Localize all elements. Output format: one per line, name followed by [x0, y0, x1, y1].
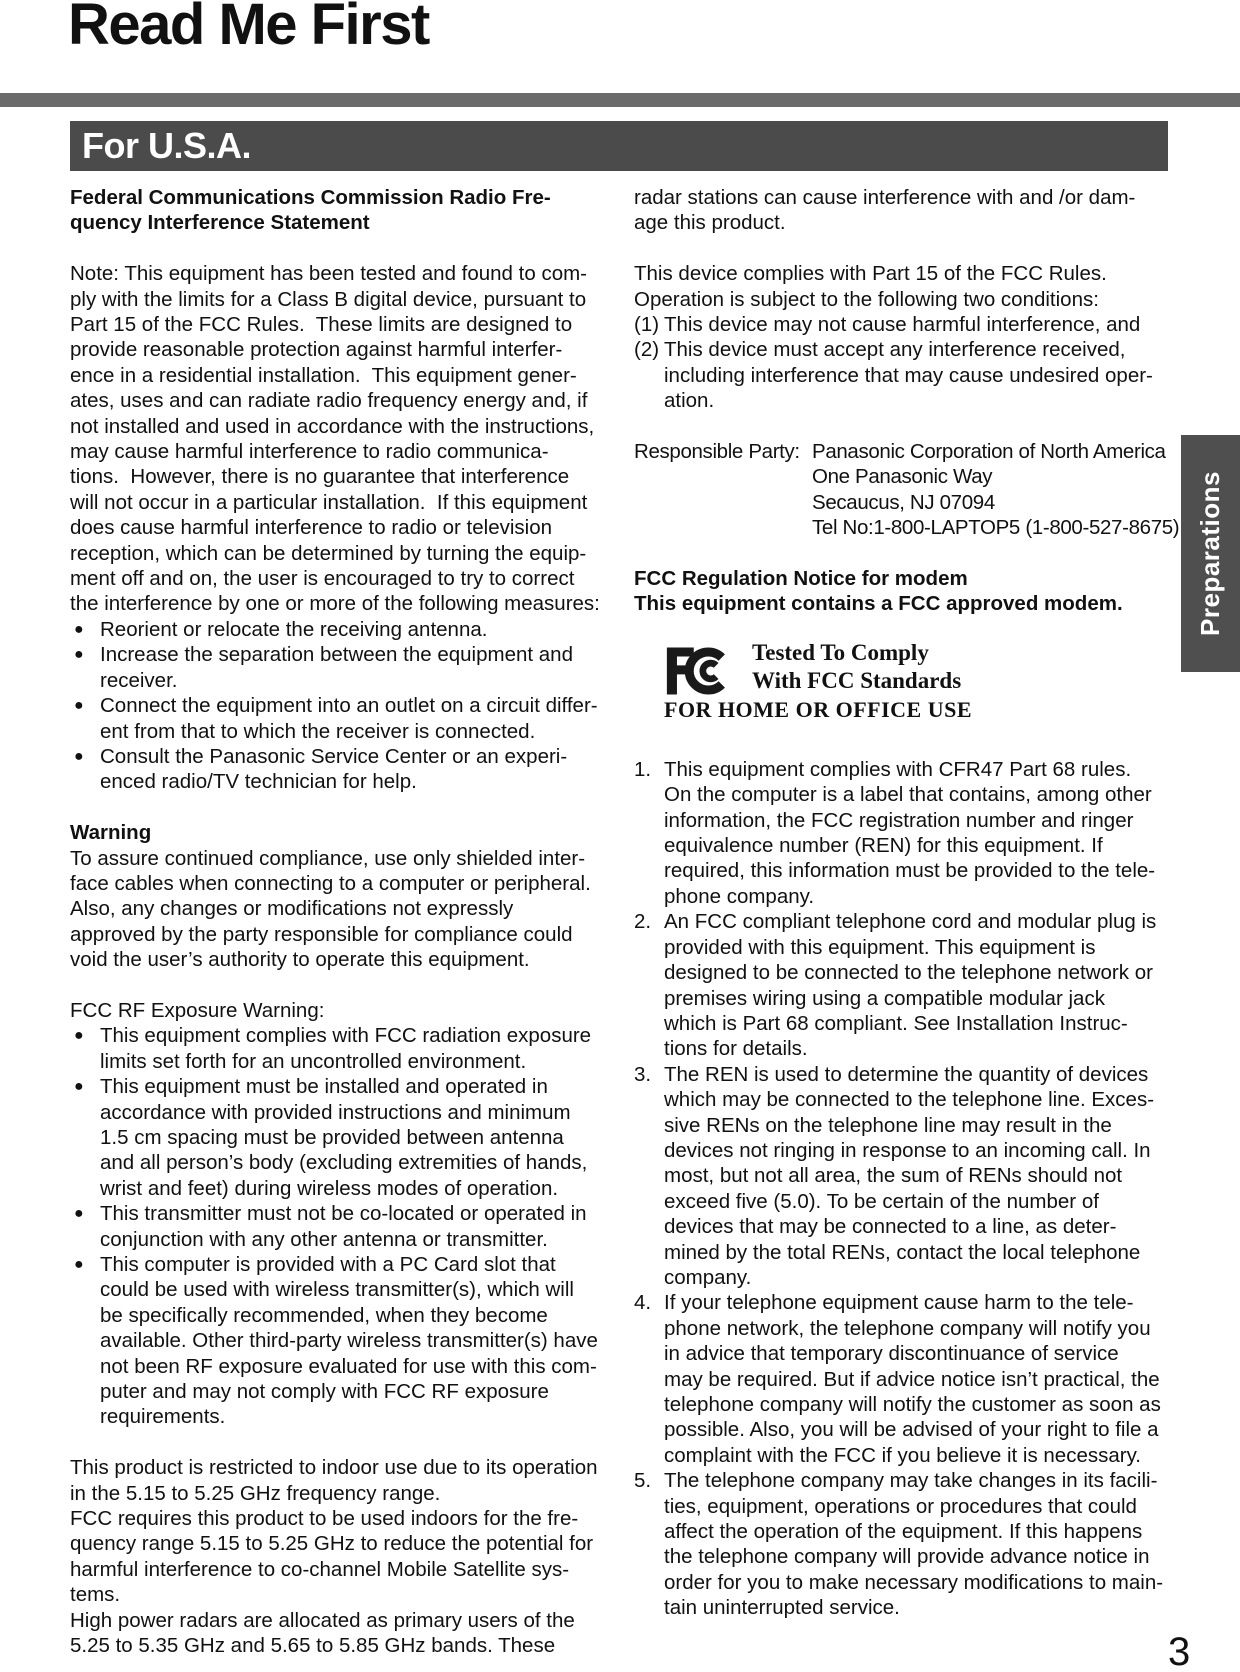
manual-page: Read Me First For U.S.A. Preparations 3 … [0, 0, 1240, 1672]
numbered-item: 1. This equipment complies with CFR47 Pa… [634, 757, 1174, 909]
bullet-icon: ● [70, 617, 100, 642]
for-usa-label: For U.S.A. [82, 125, 251, 167]
list-item: ● This equipment must be installed and o… [70, 1074, 610, 1201]
list-item-text: This device must accept any interference… [664, 337, 1153, 413]
page-title: Read Me First [68, 0, 429, 56]
conditions-list: (1) This device may not cause harmful in… [634, 312, 1174, 414]
rf-exposure-heading: FCC RF Exposure Warning: [70, 998, 610, 1023]
radar-paragraph: radar stations can cause interference wi… [634, 185, 1174, 236]
interference-measures-list: ● Reorient or relocate the receiving ant… [70, 617, 610, 795]
numbered-item: 5. The telephone company may take change… [634, 1468, 1174, 1620]
responsible-party-value: Panasonic Corporation of North America O… [812, 439, 1179, 541]
responsible-party-block: Responsible Party: Panasonic Corporation… [634, 439, 1174, 541]
indoor-use-paragraph: This product is restricted to indoor use… [70, 1455, 610, 1658]
warning-paragraph: To assure continued compliance, use only… [70, 846, 610, 973]
list-item: ● Increase the separation between the eq… [70, 642, 610, 693]
list-item: (1) This device may not cause harmful in… [634, 312, 1174, 337]
list-item: ● This computer is provided with a PC Ca… [70, 1252, 610, 1430]
list-item-text: Connect the equipment into an outlet on … [100, 693, 598, 744]
fcc-home-office-line: FOR HOME OR OFFICE USE [664, 697, 972, 722]
list-item-text: Consult the Panasonic Service Center or … [100, 744, 567, 795]
top-rule [0, 93, 1240, 107]
fcc-tested-lines: Tested To Comply With FCC Standards [752, 639, 961, 695]
bullet-icon: ● [70, 1252, 100, 1430]
list-item: ● This equipment complies with FCC radia… [70, 1023, 610, 1074]
list-item-text: The telephone company may take changes i… [664, 1468, 1163, 1620]
list-item-text: This equipment must be installed and ope… [100, 1074, 587, 1201]
list-item-text: The REN is used to determine the quantit… [664, 1062, 1154, 1291]
bullet-icon: ● [70, 1023, 100, 1074]
bullet-icon: ● [70, 744, 100, 795]
fcc-compliance-mark: Tested To Comply With FCC Standards FOR … [634, 643, 1174, 723]
right-column: radar stations can cause interference wi… [634, 185, 1174, 1621]
item-number: 3. [634, 1062, 664, 1291]
bullet-icon: ● [70, 642, 100, 693]
fcc-tested-line1: Tested To Comply [752, 640, 929, 665]
part68-numbered-list: 1. This equipment complies with CFR47 Pa… [634, 757, 1174, 1621]
rf-exposure-list: ● This equipment complies with FCC radia… [70, 1023, 610, 1430]
fcc-logo-icon [662, 643, 730, 699]
item-number: 5. [634, 1468, 664, 1620]
page-number: 3 [1168, 1630, 1190, 1672]
list-item: ● Connect the equipment into an outlet o… [70, 693, 610, 744]
list-item-text: Reorient or relocate the receiving anten… [100, 617, 487, 642]
list-item-text: This equipment complies with FCC radiati… [100, 1023, 591, 1074]
fcc-note-paragraph: Note: This equipment has been tested and… [70, 261, 610, 617]
fcc-tested-line2: With FCC Standards [752, 668, 961, 693]
modem-notice-heading: FCC Regulation Notice for modem This equ… [634, 566, 1174, 617]
list-item-text: If your telephone equipment cause harm t… [664, 1290, 1161, 1468]
bullet-icon: ● [70, 1201, 100, 1252]
preparations-tab-label: Preparations [1195, 471, 1226, 636]
list-item: (2) This device must accept any interfer… [634, 337, 1174, 413]
condition-number: (2) [634, 337, 664, 413]
list-item: ● Consult the Panasonic Service Center o… [70, 744, 610, 795]
part15-paragraph: This device complies with Part 15 of the… [634, 261, 1174, 312]
item-number: 4. [634, 1290, 664, 1468]
bullet-icon: ● [70, 693, 100, 744]
list-item-text: This equipment complies with CFR47 Part … [664, 757, 1155, 909]
list-item: ● This transmitter must not be co-locate… [70, 1201, 610, 1252]
list-item-text: This device may not cause harmful interf… [664, 312, 1140, 337]
list-item: ● Reorient or relocate the receiving ant… [70, 617, 610, 642]
list-item-text: Increase the separation between the equi… [100, 642, 573, 693]
warning-heading: Warning [70, 820, 610, 845]
condition-number: (1) [634, 312, 664, 337]
preparations-tab: Preparations [1181, 435, 1240, 672]
item-number: 1. [634, 757, 664, 909]
list-item-text: This computer is provided with a PC Card… [100, 1252, 598, 1430]
item-number: 2. [634, 909, 664, 1061]
numbered-item: 4. If your telephone equipment cause har… [634, 1290, 1174, 1468]
list-item-text: This transmitter must not be co-located … [100, 1201, 587, 1252]
numbered-item: 2. An FCC compliant telephone cord and m… [634, 909, 1174, 1061]
responsible-party-label: Responsible Party: [634, 439, 812, 541]
bullet-icon: ● [70, 1074, 100, 1201]
left-column: Federal Communications Commission Radio … [70, 185, 610, 1659]
numbered-item: 3. The REN is used to determine the quan… [634, 1062, 1174, 1291]
fcc-interference-heading: Federal Communications Commission Radio … [70, 185, 610, 236]
for-usa-banner: For U.S.A. [70, 121, 1168, 171]
list-item-text: An FCC compliant telephone cord and modu… [664, 909, 1156, 1061]
